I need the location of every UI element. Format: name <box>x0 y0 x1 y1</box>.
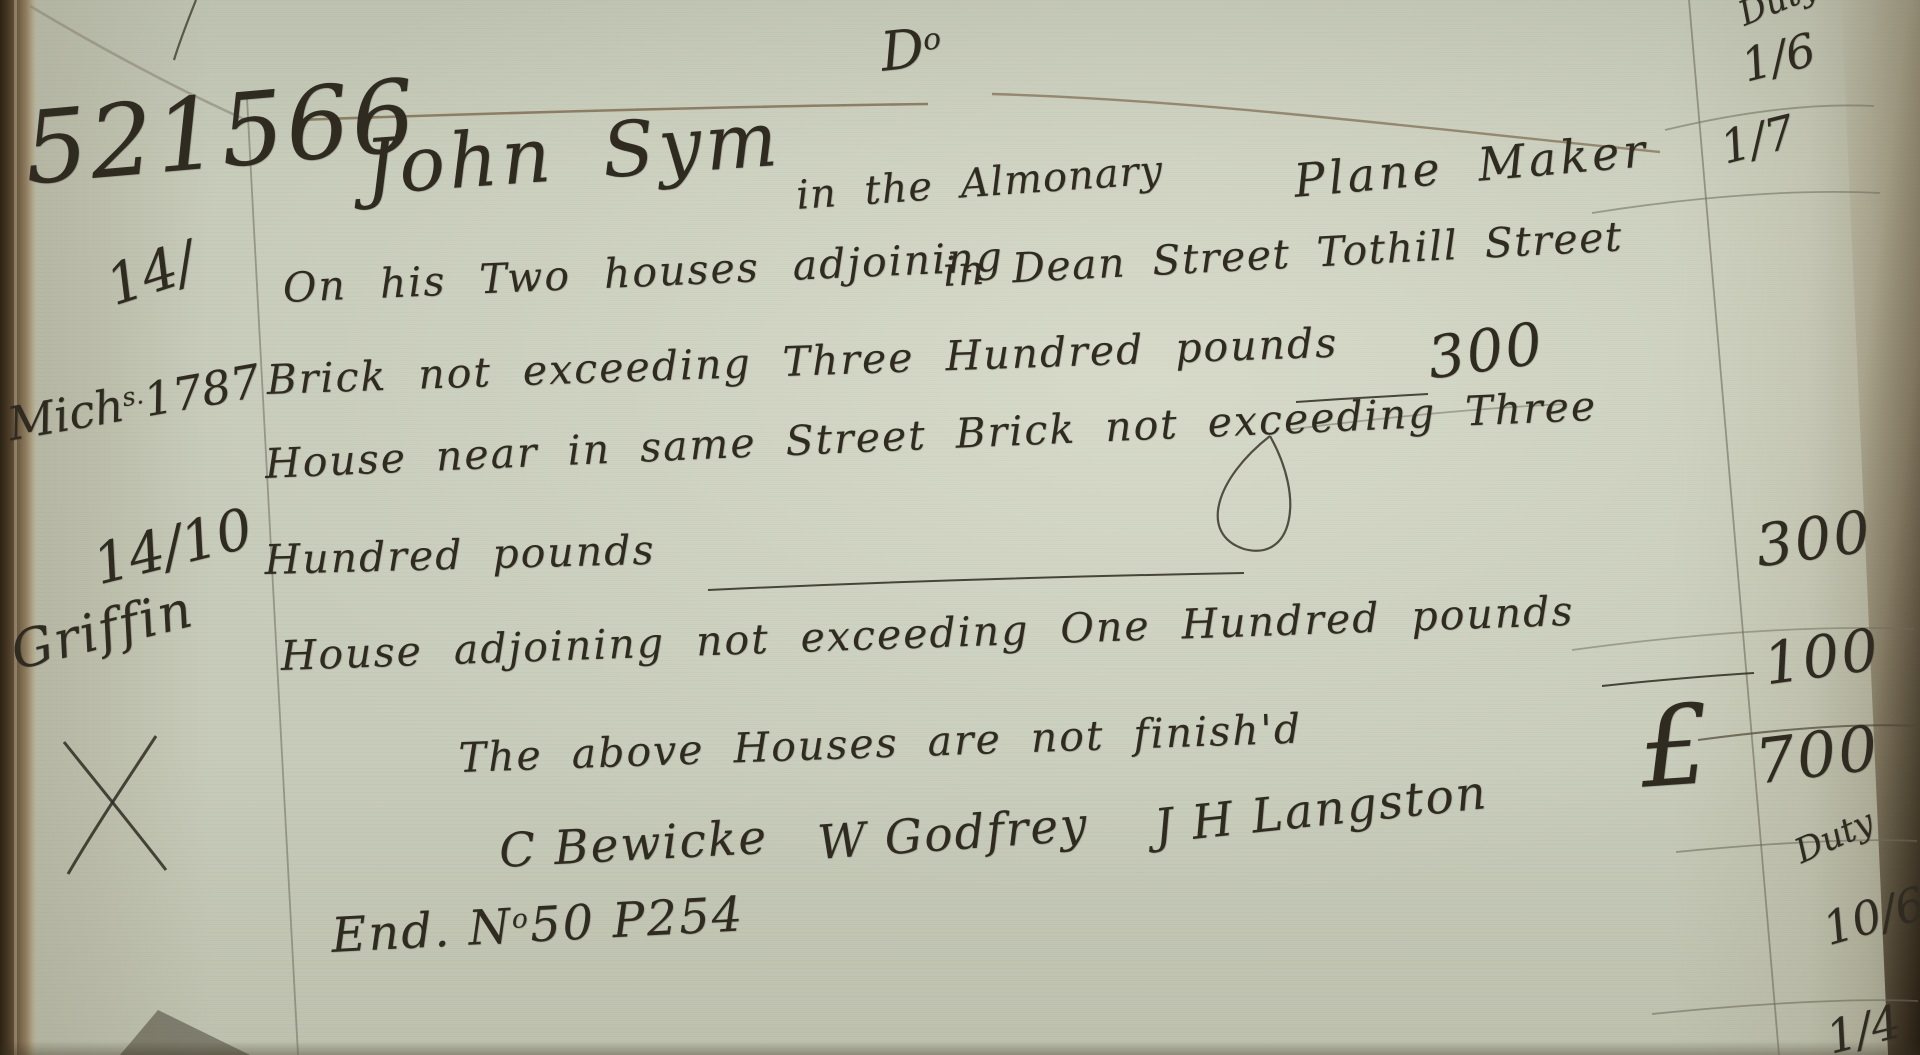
ink-descender-top-left <box>174 0 196 60</box>
total-currency-symbol: £ <box>1636 689 1714 804</box>
endorsement-prefix: End. N <box>330 899 514 964</box>
ditto-mark: Do <box>878 20 944 80</box>
ditto-mark-superscript: o <box>921 21 942 58</box>
pen-loop-flourish <box>1218 436 1291 551</box>
endorsement-superscript: o <box>511 903 530 935</box>
policy-line-4: Hundred pounds <box>264 530 656 581</box>
duty-separator-2 <box>1592 192 1880 213</box>
binding-corner-shadow <box>120 1010 250 1055</box>
sum-second-300: 300 <box>1752 502 1876 576</box>
cross-mark-stroke-1 <box>64 742 166 870</box>
sum-100: 100 <box>1760 620 1884 694</box>
dash-after-line4 <box>708 573 1244 590</box>
ledger-page-scan: Do Duty 1/6 1/7 521566 John Sym in the A… <box>0 0 1920 1055</box>
total-amount: 700 <box>1752 717 1883 794</box>
sum-first-300: 300 <box>1424 314 1548 388</box>
signature-1: C Bewicke <box>498 814 769 875</box>
endorsement-rest: 50 P254 <box>529 886 746 953</box>
cross-mark-stroke-2 <box>68 736 156 874</box>
ditto-mark-letter: D <box>877 17 927 84</box>
